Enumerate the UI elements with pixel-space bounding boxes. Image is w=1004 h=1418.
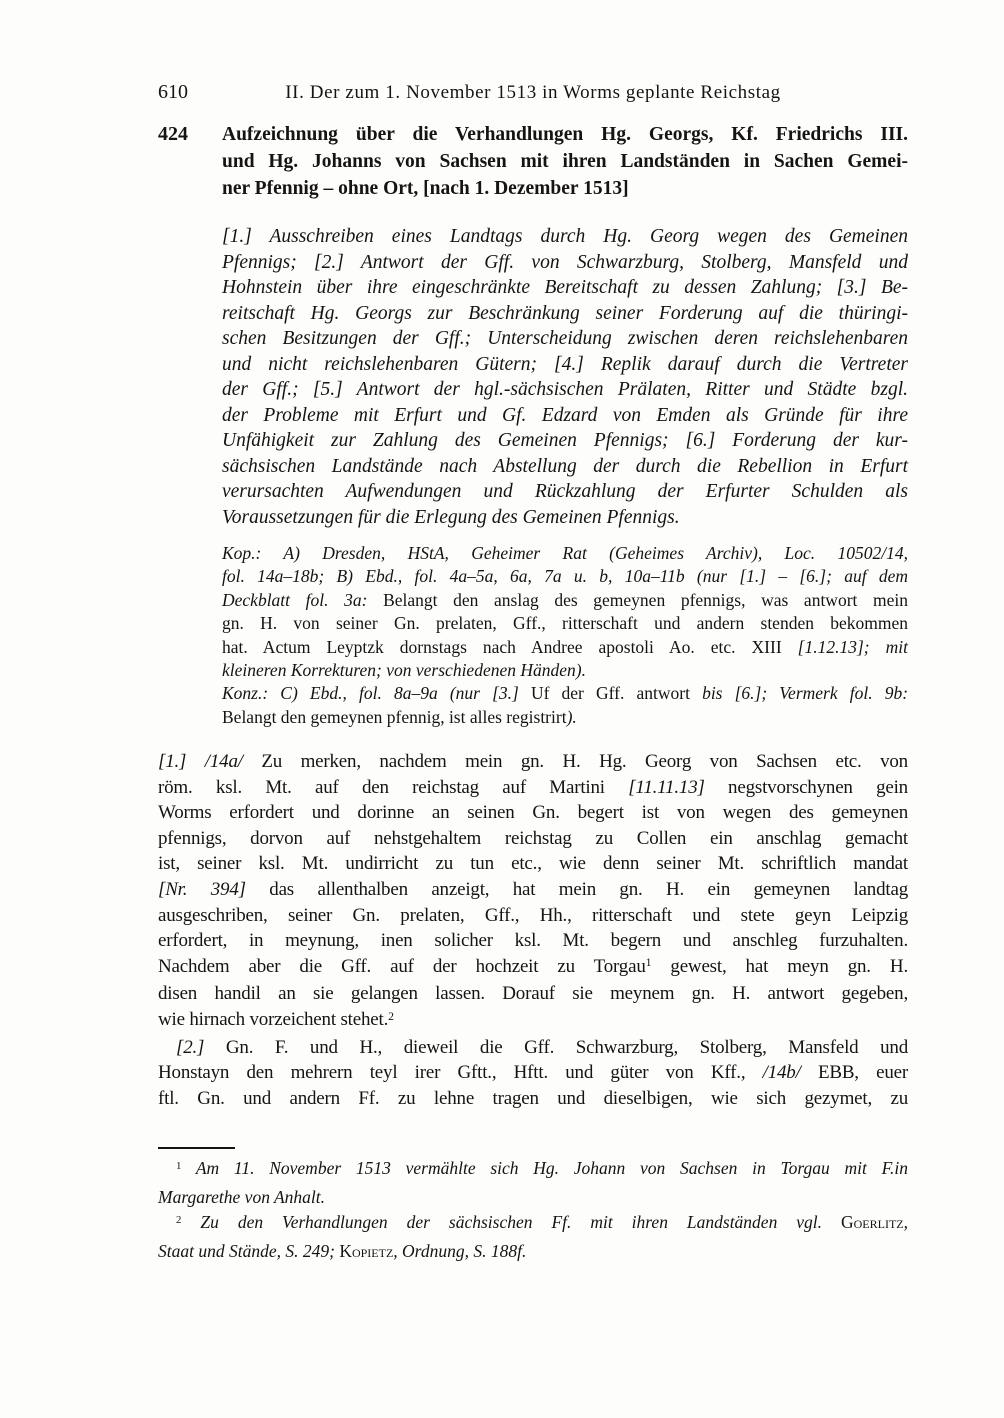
- text-segment: Am 11. November 1513 vermählte sich Hg. …: [181, 1158, 908, 1178]
- footnotes: 1 Am 11. November 1513 vermählte sich Hg…: [158, 1156, 908, 1264]
- footnote-marker: 1: [646, 956, 652, 969]
- text-segment: /14b/: [763, 1062, 801, 1083]
- text-line: Margarethe von Anhalt.: [158, 1185, 908, 1211]
- author-small-caps: Goerlitz: [841, 1212, 904, 1232]
- text-line: pfennigs, dorvon auf nehstgehaltem reich…: [158, 826, 908, 852]
- text-segment: Aufzeichnung über die Verhandlungen Hg. …: [222, 124, 908, 145]
- text-line: Honstayn den mehrern teyl irer Gftt., Hf…: [158, 1060, 908, 1086]
- text-line: hat. Actum Leyptzk dornstags nach Andree…: [222, 636, 908, 659]
- text-segment: Konz.: C) Ebd., fol. 8a–9a (nur [3.]: [222, 683, 531, 703]
- text-segment: sächsischen Landstände nach Abstellung d…: [222, 456, 908, 477]
- footnote-marker: 1: [176, 1160, 181, 1172]
- text-line: [2.] Gn. F. und H., dieweil die Gff. Sch…: [158, 1035, 908, 1061]
- text-segment: [Nr. 394]: [158, 879, 246, 900]
- text-segment: Margarethe von Anhalt.: [158, 1187, 325, 1207]
- text-segment: schen Besitzungen der Gff.; Unterscheidu…: [222, 328, 908, 349]
- text-segment: Belangt den anslag des gemeynen pfennigs…: [367, 590, 908, 610]
- text-segment: Kop.: A) Dresden, HStA, Geheimer Rat (Ge…: [222, 543, 908, 563]
- text-segment: Uf der Gff. antwort: [531, 683, 702, 703]
- text-line: der Gff.; [5.] Antwort der hgl.-sächsisc…: [222, 377, 908, 403]
- author-small-caps: Kopietz: [339, 1241, 393, 1261]
- text-segment: disen handil an sie gelangen lassen. Dor…: [158, 983, 908, 1004]
- entry-title: Aufzeichnung über die Verhandlungen Hg. …: [222, 121, 908, 202]
- text-segment: fol. 14a–18b; B) Ebd., fol. 4a–5a, 6a, 7…: [222, 566, 908, 586]
- text-segment: ner Pfennig – ohne Ort, [nach 1. Dezembe…: [222, 178, 629, 199]
- text-line: Nachdem aber die Gff. auf der hochzeit z…: [158, 954, 908, 982]
- text-line: 1 Am 11. November 1513 vermählte sich Hg…: [158, 1156, 908, 1185]
- text-segment: der Probleme mit Erfurt und Gf. Edzard v…: [222, 405, 908, 426]
- text-line: 2 Zu den Verhandlungen der sächsischen F…: [158, 1210, 908, 1239]
- text-segment: das allenthalben anzeigt, hat mein gn. H…: [246, 879, 908, 900]
- text-segment: ausgeschriben, seiner Gn. prelaten, Gff.…: [158, 905, 908, 926]
- text-line: reitschaft Hg. Georgs zur Beschränkung s…: [222, 301, 908, 327]
- text-segment: Unfähigkeit zur Zahlung des Gemeinen Pfe…: [222, 430, 908, 451]
- text-segment: [1.] Ausschreiben eines Landtags durch H…: [222, 226, 908, 247]
- text-segment: EBB, euer: [801, 1062, 908, 1083]
- running-title: II. Der zum 1. November 1513 in Worms ge…: [158, 82, 908, 104]
- text-segment: negstvorschynen gein: [705, 777, 908, 798]
- text-line: und Hg. Johanns von Sachsen mit ihren La…: [222, 148, 908, 175]
- text-line: Worms erfordert und dorinne an seinen Gn…: [158, 800, 908, 826]
- text-line: disen handil an sie gelangen lassen. Dor…: [158, 981, 908, 1007]
- text-line: Hohnstein über ihre eingeschränkte Berei…: [222, 275, 908, 301]
- text-line: [1.] Ausschreiben eines Landtags durch H…: [222, 224, 908, 250]
- document-page: 610 II. Der zum 1. November 1513 in Worm…: [0, 0, 1004, 1418]
- text-segment: [1.12.13]; mit: [798, 637, 908, 657]
- text-line: Voraussetzungen für die Erlegung des Gem…: [222, 505, 908, 531]
- text-line: fol. 14a–18b; B) Ebd., fol. 4a–5a, 6a, 7…: [222, 565, 908, 588]
- text-segment: Pfennigs; [2.] Antwort der Gff. von Schw…: [222, 252, 908, 273]
- text-segment: Hohnstein über ihre eingeschränkte Berei…: [222, 277, 908, 298]
- text-segment: Zu merken, nachdem mein gn. H. Hg. Georg…: [261, 751, 908, 772]
- text-line: sächsischen Landstände nach Abstellung d…: [222, 454, 908, 480]
- text-line: Staat und Stände, S. 249; Kopietz, Ordnu…: [158, 1239, 908, 1265]
- entry-heading: 424 Aufzeichnung über die Verhandlungen …: [158, 121, 908, 202]
- text-segment: hat. Actum Leyptzk dornstags nach Andree…: [222, 637, 798, 657]
- text-segment: Voraussetzungen für die Erlegung des Gem…: [222, 507, 680, 528]
- text-line: Kop.: A) Dresden, HStA, Geheimer Rat (Ge…: [222, 542, 908, 565]
- text-segment: erfordert, in meynung, inen solicher ksl…: [158, 930, 908, 951]
- text-line: erfordert, in meynung, inen solicher ksl…: [158, 928, 908, 954]
- summary-regest: [1.] Ausschreiben eines Landtags durch H…: [222, 224, 908, 530]
- text-segment: Belangt den gemeynen pfennig, ist alles …: [222, 707, 567, 727]
- text-segment: [2.]: [176, 1037, 204, 1058]
- text-segment: Honstayn den mehrern teyl irer Gftt., Hf…: [158, 1062, 763, 1083]
- source-note: Kop.: A) Dresden, HStA, Geheimer Rat (Ge…: [222, 542, 908, 729]
- text-segment: Zu den Verhandlungen der sächsischen Ff.…: [181, 1212, 841, 1232]
- text-line: Konz.: C) Ebd., fol. 8a–9a (nur [3.] Uf …: [222, 682, 908, 705]
- body-text: [1.] /14a/ Zu merken, nachdem mein gn. H…: [158, 749, 908, 1111]
- text-segment: Nachdem aber die Gff. auf der hochzeit z…: [158, 956, 646, 977]
- text-line: Unfähigkeit zur Zahlung des Gemeinen Pfe…: [222, 428, 908, 454]
- text-segment: [1.] /14a/: [158, 751, 261, 772]
- text-segment: der Gff.; [5.] Antwort der hgl.-sächsisc…: [222, 379, 908, 400]
- text-segment: reitschaft Hg. Georgs zur Beschränkung s…: [222, 303, 908, 324]
- text-line: verursachten Aufwendungen und Rückzahlun…: [222, 479, 908, 505]
- text-line: gn. H. von seiner Gn. prelaten, Gff., ri…: [222, 612, 908, 635]
- text-segment: gewest, hat meyn gn. H.: [651, 956, 908, 977]
- text-segment: röm. ksl. Mt. auf den reichstag auf Mart…: [158, 777, 628, 798]
- text-line: Belangt den gemeynen pfennig, ist alles …: [222, 706, 908, 729]
- text-line: schen Besitzungen der Gff.; Unterscheidu…: [222, 326, 908, 352]
- text-segment: verursachten Aufwendungen und Rückzahlun…: [222, 481, 908, 502]
- footnote-marker: 2: [388, 1010, 394, 1023]
- text-segment: ,: [904, 1212, 908, 1232]
- footnote-marker: 2: [176, 1214, 181, 1226]
- footnote-separator: [158, 1147, 235, 1149]
- text-segment: und Hg. Johanns von Sachsen mit ihren La…: [222, 151, 908, 172]
- text-segment: Staat und Stände, S. 249;: [158, 1241, 339, 1261]
- text-line: [1.] /14a/ Zu merken, nachdem mein gn. H…: [158, 749, 908, 775]
- text-line: ftl. Gn. und andern Ff. zu lehne tragen …: [158, 1086, 908, 1112]
- text-segment: pfennigs, dorvon auf nehstgehaltem reich…: [158, 828, 908, 849]
- text-line: ausgeschriben, seiner Gn. prelaten, Gff.…: [158, 903, 908, 929]
- text-line: röm. ksl. Mt. auf den reichstag auf Mart…: [158, 775, 908, 801]
- text-line: [Nr. 394] das allenthalben anzeigt, hat …: [158, 877, 908, 903]
- text-segment: bis [6.]; Vermerk fol. 9b:: [702, 683, 908, 703]
- text-line: kleineren Korrekturen; von verschiedenen…: [222, 659, 908, 682]
- text-line: wie hirnach vorzeichent stehet.2: [158, 1007, 908, 1035]
- text-line: ist, seiner ksl. Mt. undirricht zu tun e…: [158, 851, 908, 877]
- text-line: Pfennigs; [2.] Antwort der Gff. von Schw…: [222, 250, 908, 276]
- text-segment: Deckblatt fol. 3a:: [222, 590, 367, 610]
- text-segment: ist, seiner ksl. Mt. undirricht zu tun e…: [158, 853, 908, 874]
- entry-number: 424: [158, 121, 188, 148]
- text-segment: [11.11.13]: [628, 777, 704, 798]
- text-segment: Gn. F. und H., dieweil die Gff. Schwarzb…: [204, 1037, 908, 1058]
- text-segment: wie hirnach vorzeichent stehet.: [158, 1009, 388, 1030]
- text-segment: Worms erfordert und dorinne an seinen Gn…: [158, 802, 908, 823]
- running-header: 610 II. Der zum 1. November 1513 in Worm…: [158, 81, 908, 107]
- text-segment: , Ordnung, S. 188f.: [393, 1241, 526, 1261]
- text-segment: ).: [567, 707, 577, 727]
- text-line: der Probleme mit Erfurt und Gf. Edzard v…: [222, 403, 908, 429]
- text-segment: gn. H. von seiner Gn. prelaten, Gff., ri…: [222, 613, 908, 633]
- text-line: Aufzeichnung über die Verhandlungen Hg. …: [222, 121, 908, 148]
- text-segment: ftl. Gn. und andern Ff. zu lehne tragen …: [158, 1088, 908, 1109]
- text-line: und nicht reichslehenbaren Gütern; [4.] …: [222, 352, 908, 378]
- text-segment: und nicht reichslehenbaren Gütern; [4.] …: [222, 354, 908, 375]
- text-line: Deckblatt fol. 3a: Belangt den anslag de…: [222, 589, 908, 612]
- text-segment: kleineren Korrekturen; von verschiedenen…: [222, 660, 586, 680]
- text-line: ner Pfennig – ohne Ort, [nach 1. Dezembe…: [222, 175, 908, 202]
